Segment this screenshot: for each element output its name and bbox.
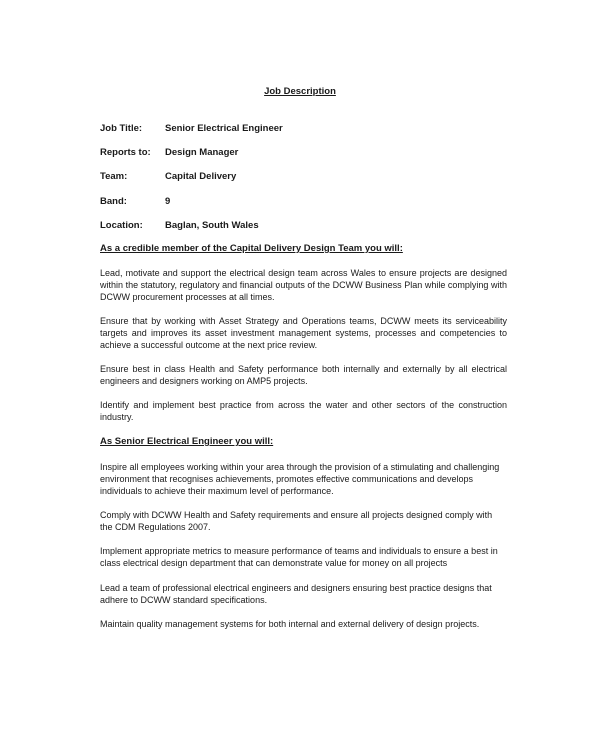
document-title: Job Description xyxy=(0,86,600,97)
field-value: Capital Delivery xyxy=(165,171,236,182)
field-value: Senior Electrical Engineer xyxy=(165,123,283,134)
paragraph: Ensure that by working with Asset Strate… xyxy=(100,315,507,351)
paragraph: Inspire all employees working within you… xyxy=(100,461,507,497)
paragraph: Lead a team of professional electrical e… xyxy=(100,582,507,606)
field-band: Band:9 xyxy=(100,196,170,207)
field-label: Reports to: xyxy=(100,147,165,158)
field-reports-to: Reports to:Design Manager xyxy=(100,147,238,158)
field-label: Team: xyxy=(100,171,165,182)
paragraph: Comply with DCWW Health and Safety requi… xyxy=(100,509,507,533)
field-value: Baglan, South Wales xyxy=(165,220,259,231)
field-value: Design Manager xyxy=(165,147,238,158)
section-heading-team: As a credible member of the Capital Deli… xyxy=(100,243,403,254)
field-value: 9 xyxy=(165,196,170,207)
field-team: Team:Capital Delivery xyxy=(100,171,236,182)
paragraph: Implement appropriate metrics to measure… xyxy=(100,545,507,569)
field-location: Location:Baglan, South Wales xyxy=(100,220,259,231)
paragraph: Maintain quality management systems for … xyxy=(100,618,507,630)
field-label: Band: xyxy=(100,196,165,207)
paragraph: Identify and implement best practice fro… xyxy=(100,399,507,423)
field-label: Job Title: xyxy=(100,123,165,134)
document-page: Job Description Job Title:Senior Electri… xyxy=(0,0,600,730)
section-heading-role: As Senior Electrical Engineer you will: xyxy=(100,436,273,447)
field-job-title: Job Title:Senior Electrical Engineer xyxy=(100,123,283,134)
paragraph: Ensure best in class Health and Safety p… xyxy=(100,363,507,387)
paragraph: Lead, motivate and support the electrica… xyxy=(100,267,507,303)
field-label: Location: xyxy=(100,220,165,231)
